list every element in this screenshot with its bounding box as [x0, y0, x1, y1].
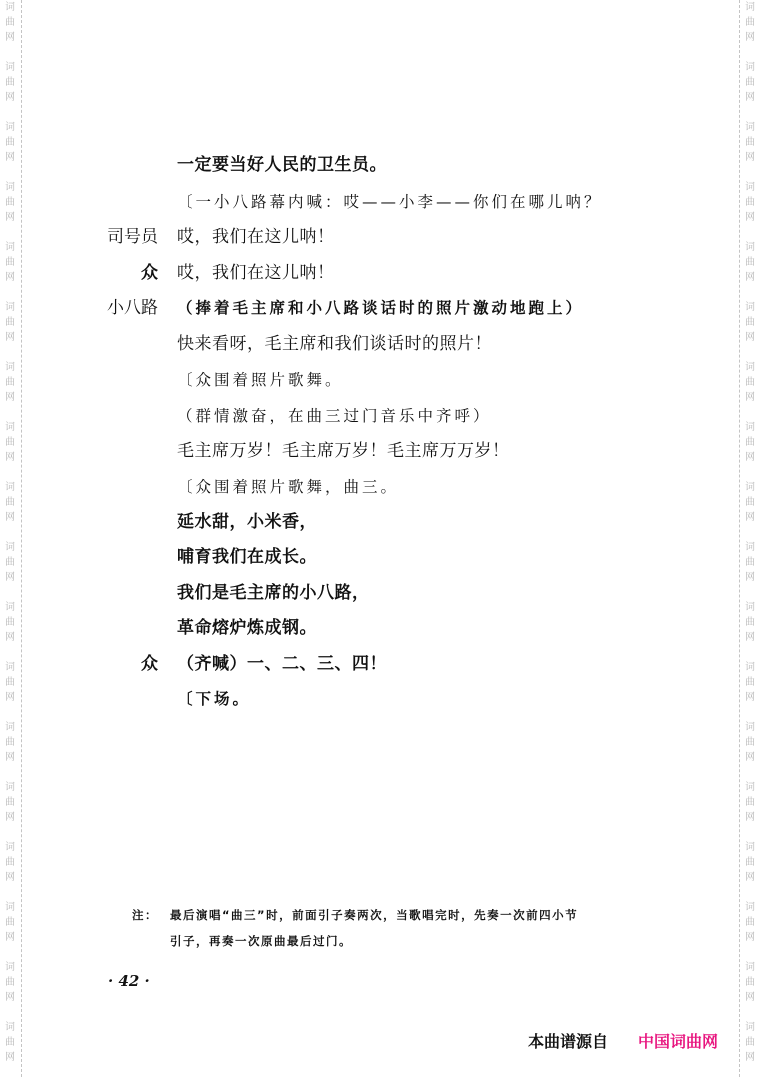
- watermark-char: 词: [742, 660, 758, 675]
- watermark-group: 词曲网: [2, 1020, 18, 1065]
- watermark-group: 词曲网: [742, 840, 758, 885]
- watermark-char: 曲: [742, 135, 758, 150]
- watermark-group: 词曲网: [742, 780, 758, 825]
- watermark-char: 网: [2, 90, 18, 105]
- watermark-char: 曲: [2, 15, 18, 30]
- watermark-char: 曲: [742, 15, 758, 30]
- watermark-group: 词曲网: [742, 540, 758, 585]
- watermark-char: 词: [742, 180, 758, 195]
- watermark-char: 曲: [2, 795, 18, 810]
- watermark-char: 词: [2, 840, 18, 855]
- watermark-group: 词曲网: [742, 120, 758, 165]
- watermark-group: 词曲网: [742, 480, 758, 525]
- watermark-char: 曲: [2, 255, 18, 270]
- watermark-char: 曲: [2, 495, 18, 510]
- right-margin-line: [739, 0, 740, 1077]
- speaker-label: 小八路: [88, 297, 158, 319]
- watermark-char: 网: [2, 870, 18, 885]
- watermark-group: 词曲网: [742, 720, 758, 765]
- watermark-char: 词: [742, 540, 758, 555]
- watermark-group: 词曲网: [2, 240, 18, 285]
- watermark-char: 词: [2, 540, 18, 555]
- speaker-label: 司号员: [88, 226, 158, 248]
- watermark-char: 曲: [742, 255, 758, 270]
- watermark-char: 网: [2, 210, 18, 225]
- watermark-char: 网: [742, 510, 758, 525]
- watermark-char: 曲: [2, 735, 18, 750]
- watermark-char: 词: [742, 900, 758, 915]
- watermark-char: 词: [2, 900, 18, 915]
- watermark-char: 曲: [742, 75, 758, 90]
- watermark-char: 词: [742, 1020, 758, 1035]
- stage-direction: （捧着毛主席和小八路谈话时的照片激动地跑上）: [177, 297, 584, 319]
- watermark-char: 曲: [742, 375, 758, 390]
- watermark-char: 曲: [742, 315, 758, 330]
- watermark-char: 网: [2, 570, 18, 585]
- watermark-char: 词: [2, 60, 18, 75]
- watermark-char: 词: [2, 120, 18, 135]
- watermark-char: 词: [2, 780, 18, 795]
- watermark-char: 网: [742, 630, 758, 645]
- watermark-group: 词曲网: [2, 660, 18, 705]
- watermark-group: 词曲网: [2, 180, 18, 225]
- watermark-char: 网: [2, 390, 18, 405]
- watermark-char: 网: [2, 930, 18, 945]
- watermark-char: 词: [742, 60, 758, 75]
- source-prefix: 本曲谱源自: [528, 1029, 608, 1052]
- watermark-char: 词: [742, 960, 758, 975]
- lyric-line: 哺育我们在成长。: [177, 546, 317, 568]
- speech-line: 快来看呀，毛主席和我们谈话时的照片！: [177, 333, 492, 355]
- watermark-group: 词曲网: [742, 0, 758, 45]
- watermark-char: 网: [742, 150, 758, 165]
- footnote-line: 引子，再奏一次原曲最后过门。: [170, 933, 352, 949]
- watermark-char: 网: [742, 390, 758, 405]
- watermark-char: 曲: [2, 75, 18, 90]
- watermark-char: 词: [742, 480, 758, 495]
- watermark-group: 词曲网: [742, 360, 758, 405]
- watermark-char: 曲: [2, 915, 18, 930]
- watermark-char: 网: [742, 990, 758, 1005]
- watermark-group: 词曲网: [742, 960, 758, 1005]
- watermark-char: 网: [742, 750, 758, 765]
- watermark-group: 词曲网: [2, 60, 18, 105]
- watermark-group: 词曲网: [2, 840, 18, 885]
- watermark-group: 词曲网: [2, 360, 18, 405]
- watermark-char: 曲: [742, 855, 758, 870]
- watermark-group: 词曲网: [2, 720, 18, 765]
- watermark-group: 词曲网: [2, 780, 18, 825]
- watermark-group: 词曲网: [2, 420, 18, 465]
- watermark-group: 词曲网: [2, 960, 18, 1005]
- watermark-group: 词曲网: [742, 900, 758, 945]
- watermark-char: 曲: [742, 675, 758, 690]
- watermark-char: 词: [742, 720, 758, 735]
- watermark-char: 网: [742, 870, 758, 885]
- watermark-char: 词: [742, 840, 758, 855]
- watermark-group: 词曲网: [742, 600, 758, 645]
- watermark-char: 词: [2, 300, 18, 315]
- watermark-char: 曲: [742, 435, 758, 450]
- watermark-char: 词: [2, 240, 18, 255]
- watermark-group: 词曲网: [742, 1020, 758, 1065]
- watermark-char: 网: [742, 450, 758, 465]
- watermark-group: 词曲网: [2, 540, 18, 585]
- watermark-char: 网: [2, 270, 18, 285]
- watermark-char: 词: [742, 780, 758, 795]
- watermark-char: 曲: [2, 195, 18, 210]
- watermark-group: 词曲网: [742, 660, 758, 705]
- watermark-char: 网: [742, 690, 758, 705]
- watermark-char: 词: [2, 660, 18, 675]
- watermark-char: 词: [742, 120, 758, 135]
- watermark-char: 词: [2, 720, 18, 735]
- watermark-group: 词曲网: [742, 240, 758, 285]
- watermark-char: 网: [2, 30, 18, 45]
- watermark-char: 词: [742, 0, 758, 15]
- lyric-line: （齐喊）一、二、三、四！: [177, 653, 387, 675]
- footnote-line: 最后演唱“曲三”时，前面引子奏两次，当歌唱完时，先奏一次前四小节: [170, 907, 578, 923]
- watermark-char: 网: [2, 690, 18, 705]
- lyric-line: 延水甜，小米香，: [177, 511, 317, 533]
- watermark-char: 词: [2, 360, 18, 375]
- speech-line: 哎，我们在这儿呐！: [177, 262, 335, 284]
- watermark-char: 词: [742, 600, 758, 615]
- footnote-label: 注：: [132, 907, 158, 923]
- watermark-char: 网: [2, 990, 18, 1005]
- watermark-char: 曲: [2, 555, 18, 570]
- watermark-char: 曲: [742, 1035, 758, 1050]
- watermark-char: 曲: [742, 915, 758, 930]
- watermark-group: 词曲网: [742, 300, 758, 345]
- page-number: · 42 ·: [108, 972, 150, 990]
- watermark-char: 曲: [2, 615, 18, 630]
- watermark-char: 词: [2, 180, 18, 195]
- watermark-char: 词: [2, 960, 18, 975]
- watermark-char: 曲: [742, 975, 758, 990]
- stage-direction: （群情激奋，在曲三过门音乐中齐呼）: [177, 405, 492, 427]
- watermark-char: 网: [742, 1050, 758, 1065]
- watermark-char: 曲: [2, 315, 18, 330]
- watermark-char: 曲: [742, 735, 758, 750]
- stage-direction: 〔一小八路幕内喊：哎——小李——你们在哪儿呐？: [177, 191, 603, 213]
- watermark-char: 网: [742, 210, 758, 225]
- watermark-char: 曲: [742, 615, 758, 630]
- watermark-group: 词曲网: [742, 180, 758, 225]
- watermark-char: 网: [2, 1050, 18, 1065]
- watermark-group: 词曲网: [2, 300, 18, 345]
- watermark-group: 词曲网: [2, 480, 18, 525]
- watermark-char: 词: [742, 240, 758, 255]
- watermark-char: 网: [742, 90, 758, 105]
- watermark-char: 网: [742, 330, 758, 345]
- watermark-char: 词: [2, 0, 18, 15]
- watermark-char: 网: [2, 510, 18, 525]
- source-site-link[interactable]: 中国词曲网: [638, 1029, 718, 1052]
- watermark-char: 曲: [742, 195, 758, 210]
- watermark-char: 曲: [742, 795, 758, 810]
- watermark-group: 词曲网: [2, 0, 18, 45]
- watermark-char: 词: [742, 300, 758, 315]
- watermark-char: 曲: [2, 1035, 18, 1050]
- watermark-char: 词: [742, 420, 758, 435]
- stage-direction: 〔众围着照片歌舞。: [177, 369, 344, 391]
- watermark-char: 曲: [2, 675, 18, 690]
- lyric-line: 一定要当好人民的卫生员。: [177, 154, 387, 176]
- lyric-line: 革命熔炉炼成钢。: [177, 617, 317, 639]
- watermark-group: 词曲网: [742, 60, 758, 105]
- stage-direction: 〔下场。: [177, 688, 251, 710]
- watermark-char: 网: [2, 630, 18, 645]
- watermark-char: 网: [742, 810, 758, 825]
- watermark-char: 词: [742, 360, 758, 375]
- watermark-char: 词: [2, 600, 18, 615]
- stage-direction: 〔众围着照片歌舞，曲三。: [177, 476, 399, 498]
- watermark-char: 网: [742, 30, 758, 45]
- watermark-char: 曲: [2, 375, 18, 390]
- watermark-group: 词曲网: [742, 420, 758, 465]
- watermark-char: 曲: [742, 555, 758, 570]
- watermark-char: 词: [2, 1020, 18, 1035]
- watermark-char: 网: [742, 930, 758, 945]
- watermark-char: 网: [2, 330, 18, 345]
- watermark-char: 网: [2, 750, 18, 765]
- watermark-char: 曲: [2, 435, 18, 450]
- watermark-char: 网: [742, 570, 758, 585]
- watermark-group: 词曲网: [2, 600, 18, 645]
- watermark-char: 曲: [2, 855, 18, 870]
- watermark-char: 网: [2, 810, 18, 825]
- watermark-group: 词曲网: [2, 900, 18, 945]
- watermark-char: 网: [742, 270, 758, 285]
- lyric-line: 我们是毛主席的小八路，: [177, 582, 370, 604]
- speaker-label: 众: [88, 262, 158, 284]
- speech-line: 哎，我们在这儿呐！: [177, 226, 335, 248]
- watermark-char: 曲: [742, 495, 758, 510]
- watermark-group: 词曲网: [2, 120, 18, 165]
- speaker-label: 众: [88, 653, 158, 675]
- watermark-char: 网: [2, 150, 18, 165]
- watermark-char: 词: [2, 420, 18, 435]
- watermark-char: 曲: [2, 135, 18, 150]
- watermark-char: 曲: [2, 975, 18, 990]
- watermark-char: 网: [2, 450, 18, 465]
- speech-line: 毛主席万岁！毛主席万岁！毛主席万万岁！: [177, 440, 510, 462]
- left-margin-line: [21, 0, 22, 1077]
- watermark-char: 词: [2, 480, 18, 495]
